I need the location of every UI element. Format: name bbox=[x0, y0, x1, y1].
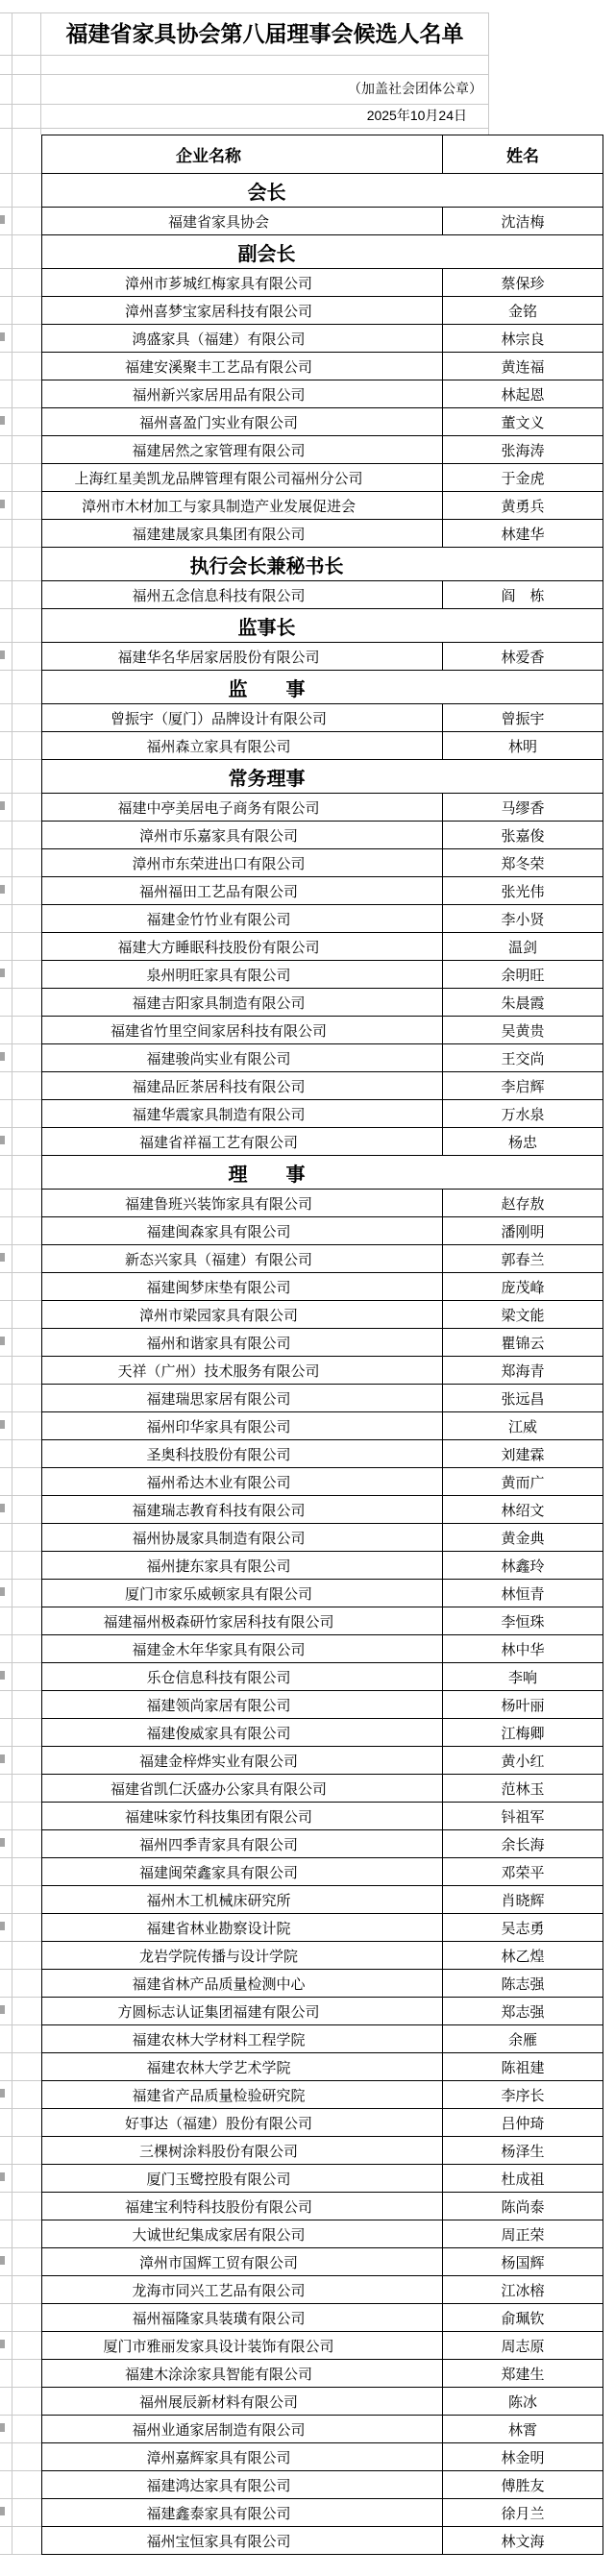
name-cell: 林乙煌 bbox=[443, 1942, 603, 1970]
company-cell: 福建省竹里空间家居科技有限公司 bbox=[42, 1017, 443, 1044]
gridline bbox=[0, 1718, 41, 1719]
gridline bbox=[0, 2052, 41, 2053]
gridline bbox=[0, 1746, 41, 1747]
section-title: 常务理事 bbox=[42, 760, 603, 794]
left-edge-artifact bbox=[0, 500, 5, 508]
gridline bbox=[0, 1941, 41, 1942]
roster-row: 福建农林大学艺术学院陈祖建 bbox=[42, 2053, 603, 2081]
roster-row: 厦门玉鹭控股有限公司杜成祖 bbox=[42, 2165, 603, 2193]
company-cell: 福建领尚家居有限公司 bbox=[42, 1691, 443, 1719]
company-cell: 福建吉阳家具制造有限公司 bbox=[42, 989, 443, 1017]
spreadsheet-canvas: 福建省家具协会第八届理事会候选人名单 （加盖社会团体公章） 2025年10月24… bbox=[0, 0, 615, 2576]
roster-row: 福建吉阳家具制造有限公司朱晨霞 bbox=[42, 989, 603, 1017]
section-row: 副会长 bbox=[42, 235, 603, 269]
left-edge-artifact bbox=[0, 2005, 5, 2014]
company-cell: 龙海市同兴工艺品有限公司 bbox=[42, 2276, 443, 2304]
roster-row: 福建省凯仁沃盛办公家具有限公司范林玉 bbox=[42, 1775, 603, 1803]
gridline bbox=[0, 2192, 41, 2193]
company-cell: 福州印华家具有限公司 bbox=[42, 1412, 443, 1440]
roster-row: 福州福隆家具装璜有限公司俞珮钦 bbox=[42, 2304, 603, 2332]
gridline bbox=[0, 1043, 41, 1044]
company-cell: 福建大方睡眠科技股份有限公司 bbox=[42, 933, 443, 961]
gridline bbox=[0, 1439, 41, 1440]
roster-row: 厦门市雅丽发家具设计装饰有限公司周志原 bbox=[42, 2332, 603, 2360]
company-cell: 福州喜盈门实业有限公司 bbox=[42, 408, 443, 436]
name-cell: 杨忠 bbox=[443, 1128, 603, 1156]
roster-row: 福建闽荣鑫家具有限公司邓荣平 bbox=[42, 1858, 603, 1886]
roster-row: 福建大方睡眠科技股份有限公司温剑 bbox=[42, 933, 603, 961]
gridline bbox=[0, 380, 41, 380]
gridline bbox=[0, 2387, 41, 2388]
gridline bbox=[0, 1216, 41, 1217]
company-cell: 福建闽梦床垫有限公司 bbox=[42, 1273, 443, 1301]
name-cell: 杨国辉 bbox=[443, 2248, 603, 2276]
company-cell: 福州新兴家居用品有限公司 bbox=[42, 380, 443, 408]
name-cell: 徐月兰 bbox=[443, 2499, 603, 2527]
name-cell: 黄勇兵 bbox=[443, 492, 603, 520]
gridline bbox=[12, 12, 12, 2555]
company-cell: 大诚世纪集成家居有限公司 bbox=[42, 2220, 443, 2248]
section-title: 副会长 bbox=[42, 235, 603, 269]
gridline bbox=[0, 848, 41, 849]
company-cell: 好事达（福建）股份有限公司 bbox=[42, 2109, 443, 2137]
gridline bbox=[0, 2108, 41, 2109]
gridline bbox=[0, 960, 41, 961]
gridline bbox=[0, 759, 41, 760]
name-cell: 李序长 bbox=[443, 2081, 603, 2109]
company-cell: 泉州明旺家具有限公司 bbox=[42, 961, 443, 989]
roster-row: 漳州市梁园家具有限公司梁文能 bbox=[42, 1301, 603, 1329]
company-cell: 福建味家竹科技集团有限公司 bbox=[42, 1803, 443, 1830]
name-cell: 温剑 bbox=[443, 933, 603, 961]
roster-body: 会长福建省家具协会沈洁梅副会长漳州市芗城红梅家具有限公司蔡保珍漳州喜梦宝家居科技… bbox=[42, 174, 603, 2555]
roster-row: 漳州嘉辉家具有限公司林金明 bbox=[42, 2443, 603, 2471]
gridline bbox=[0, 904, 41, 905]
roster-row: 福建木涂涂家具智能有限公司郑建生 bbox=[42, 2360, 603, 2388]
roster-row: 福建鲁班兴装饰家具有限公司赵存敖 bbox=[42, 1190, 603, 1217]
gridline bbox=[0, 2442, 41, 2443]
gridline bbox=[0, 1411, 41, 1412]
gridline bbox=[0, 2359, 41, 2360]
left-edge-artifact bbox=[0, 215, 5, 224]
gridline bbox=[0, 1634, 41, 1635]
gridline bbox=[0, 1272, 41, 1273]
left-edge-artifact bbox=[0, 1253, 5, 1262]
roster-row: 天祥（广州）技术服务有限公司郑海青 bbox=[42, 1357, 603, 1385]
left-edge-artifact bbox=[0, 1587, 5, 1596]
name-cell: 林宗良 bbox=[443, 325, 603, 353]
company-cell: 福建省产品质量检验研究院 bbox=[42, 2081, 443, 2109]
roster-row: 新态兴家具（福建）有限公司郭春兰 bbox=[42, 1245, 603, 1273]
company-cell: 福建宝利特科技股份有限公司 bbox=[42, 2193, 443, 2220]
company-cell: 乐仓信息科技有限公司 bbox=[42, 1663, 443, 1691]
name-cell: 赵存敖 bbox=[443, 1190, 603, 1217]
left-edge-artifact bbox=[0, 2172, 5, 2181]
gridline bbox=[0, 580, 41, 581]
name-cell: 邓荣平 bbox=[443, 1858, 603, 1886]
name-cell: 林中华 bbox=[443, 1635, 603, 1663]
section-row: 常务理事 bbox=[42, 760, 603, 794]
left-edge-artifact bbox=[0, 969, 5, 977]
name-cell: 金铭 bbox=[443, 297, 603, 325]
gridline bbox=[0, 1551, 41, 1552]
gridline bbox=[0, 1099, 41, 1100]
gridline bbox=[0, 2331, 41, 2332]
company-cell: 福建品匠茶居科技有限公司 bbox=[42, 1072, 443, 1100]
gridline bbox=[0, 1356, 41, 1357]
gridline bbox=[0, 1802, 41, 1803]
name-cell: 林起恩 bbox=[443, 380, 603, 408]
company-cell: 福建瑞志教育科技有限公司 bbox=[42, 1496, 443, 1524]
company-cell: 鸿盛家具（福建）有限公司 bbox=[42, 325, 443, 353]
name-cell: 陈志强 bbox=[443, 1970, 603, 1998]
company-cell: 福州捷东家具有限公司 bbox=[42, 1552, 443, 1580]
left-edge-artifact bbox=[0, 1052, 5, 1061]
company-cell: 福州森立家具有限公司 bbox=[42, 732, 443, 760]
name-cell: 张海涛 bbox=[443, 436, 603, 464]
name-cell: 江梅卿 bbox=[443, 1719, 603, 1747]
name-cell: 林恒青 bbox=[443, 1580, 603, 1607]
gridline bbox=[0, 1607, 41, 1607]
gridline bbox=[0, 793, 41, 794]
company-cell: 漳州喜梦宝家居科技有限公司 bbox=[42, 297, 443, 325]
gridline bbox=[0, 2526, 41, 2527]
company-cell: 福州业通家居制造有限公司 bbox=[42, 2416, 443, 2443]
page-title: 福建省家具协会第八届理事会候选人名单 bbox=[41, 12, 488, 55]
company-cell: 漳州市东荣进出口有限公司 bbox=[42, 849, 443, 877]
roster-row: 福州业通家居制造有限公司林霄 bbox=[42, 2416, 603, 2443]
gridline bbox=[0, 55, 488, 56]
left-edge-artifact bbox=[0, 416, 5, 425]
gridline bbox=[0, 1300, 41, 1301]
name-cell: 郭春兰 bbox=[443, 1245, 603, 1273]
left-edge-artifact bbox=[0, 650, 5, 659]
roster-row: 福州宝恒家具有限公司林文海 bbox=[42, 2527, 603, 2555]
roster-row: 大诚世纪集成家居有限公司周正荣 bbox=[42, 2220, 603, 2248]
company-cell: 福建闽荣鑫家具有限公司 bbox=[42, 1858, 443, 1886]
left-edge-artifact bbox=[0, 1838, 5, 1847]
company-cell: 方圆标志认证集团福建有限公司 bbox=[42, 1998, 443, 2025]
gridline bbox=[0, 2303, 41, 2304]
left-edge-artifact bbox=[0, 801, 5, 810]
roster-row: 好事达（福建）股份有限公司吕仲琦 bbox=[42, 2109, 603, 2137]
left-edge-artifact bbox=[0, 1136, 5, 1144]
gridline bbox=[0, 1155, 41, 1156]
roster-row: 福建省产品质量检验研究院李序长 bbox=[42, 2081, 603, 2109]
company-cell: 福州和谐家具有限公司 bbox=[42, 1329, 443, 1357]
gridline bbox=[0, 1523, 41, 1524]
company-cell: 福建金竹竹业有限公司 bbox=[42, 905, 443, 933]
gridline bbox=[0, 435, 41, 436]
gridline bbox=[0, 1467, 41, 1468]
name-cell: 林鑫玲 bbox=[443, 1552, 603, 1580]
roster-row: 福建福州极森研竹家居科技有限公司李恒珠 bbox=[42, 1607, 603, 1635]
gridline bbox=[488, 12, 489, 135]
name-cell: 潘刚明 bbox=[443, 1217, 603, 1245]
name-cell: 万水泉 bbox=[443, 1100, 603, 1128]
name-cell: 俞珮钦 bbox=[443, 2304, 603, 2332]
table-header-row: 企业名称 姓名 bbox=[42, 135, 603, 174]
roster-row: 福州展辰新材料有限公司陈冰 bbox=[42, 2388, 603, 2416]
left-edge-artifact bbox=[0, 1420, 5, 1429]
name-cell: 李小贤 bbox=[443, 905, 603, 933]
roster-row: 福建省祥福工艺有限公司杨忠 bbox=[42, 1128, 603, 1156]
company-cell: 福建农林大学材料工程学院 bbox=[42, 2025, 443, 2053]
roster-row: 泉州明旺家具有限公司余明旺 bbox=[42, 961, 603, 989]
gridline bbox=[0, 1127, 41, 1128]
section-row: 监 事 bbox=[42, 671, 603, 704]
name-cell: 范林玉 bbox=[443, 1775, 603, 1803]
roster-row: 漳州市乐嘉家具有限公司张嘉俊 bbox=[42, 822, 603, 849]
gridline bbox=[0, 2498, 41, 2499]
section-row: 执行会长兼秘书长 bbox=[42, 548, 603, 581]
name-cell: 杨泽生 bbox=[443, 2137, 603, 2165]
company-cell: 福建农林大学艺术学院 bbox=[42, 2053, 443, 2081]
name-cell: 瞿锦云 bbox=[443, 1329, 603, 1357]
name-cell: 陈冰 bbox=[443, 2388, 603, 2416]
gridline bbox=[0, 207, 41, 208]
gridline bbox=[0, 2247, 41, 2248]
roster-row: 福建领尚家居有限公司杨叶丽 bbox=[42, 1691, 603, 1719]
roster-row: 福州和谐家具有限公司瞿锦云 bbox=[42, 1329, 603, 1357]
name-cell: 杨叶丽 bbox=[443, 1691, 603, 1719]
roster-row: 福州印华家具有限公司江威 bbox=[42, 1412, 603, 1440]
left-edge-artifact bbox=[0, 1754, 5, 1763]
roster-row: 福建味家竹科技集团有限公司钭祖军 bbox=[42, 1803, 603, 1830]
company-cell: 福建省家具协会 bbox=[42, 208, 443, 235]
company-cell: 福建鸿达家具有限公司 bbox=[42, 2471, 443, 2499]
company-cell: 福建中亭美居电子商务有限公司 bbox=[42, 794, 443, 822]
company-cell: 福建省林业勘察设计院 bbox=[42, 1914, 443, 1942]
name-cell: 林建华 bbox=[443, 520, 603, 548]
roster-row: 福建金梓烨实业有限公司黄小红 bbox=[42, 1747, 603, 1775]
name-cell: 蔡保珍 bbox=[443, 269, 603, 297]
name-cell: 吴志勇 bbox=[443, 1914, 603, 1942]
roster-row: 福建鑫泰家具有限公司徐月兰 bbox=[42, 2499, 603, 2527]
left-edge-artifact bbox=[0, 2507, 5, 2515]
gridline bbox=[0, 407, 41, 408]
company-cell: 福州木工机械床研究所 bbox=[42, 1886, 443, 1914]
name-cell: 张光伟 bbox=[443, 877, 603, 905]
gridline bbox=[0, 547, 41, 548]
gridline bbox=[0, 1690, 41, 1691]
left-edge-artifact bbox=[0, 1504, 5, 1512]
left-edge-artifact bbox=[0, 2423, 5, 2432]
gridline bbox=[0, 234, 41, 235]
gridline bbox=[0, 876, 41, 877]
gridline bbox=[0, 491, 41, 492]
gridline bbox=[0, 1913, 41, 1914]
name-cell: 李启辉 bbox=[443, 1072, 603, 1100]
company-cell: 漳州市梁园家具有限公司 bbox=[42, 1301, 443, 1329]
gridline bbox=[0, 2136, 41, 2137]
gridline bbox=[0, 642, 41, 643]
gridline bbox=[0, 173, 41, 174]
name-cell: 黄连福 bbox=[443, 353, 603, 380]
section-title: 理 事 bbox=[42, 1156, 603, 1190]
left-edge-artifact bbox=[0, 332, 5, 341]
company-cell: 福建建晟家具集团有限公司 bbox=[42, 520, 443, 548]
gridline bbox=[0, 296, 41, 297]
name-cell: 肖晓辉 bbox=[443, 1886, 603, 1914]
roster-row: 福建华震家具制造有限公司万水泉 bbox=[42, 1100, 603, 1128]
gridline bbox=[0, 1328, 41, 1329]
roster-row: 福建省林产品质量检测中心陈志强 bbox=[42, 1970, 603, 1998]
name-cell: 李响 bbox=[443, 1663, 603, 1691]
name-cell: 庞茂峰 bbox=[443, 1273, 603, 1301]
roster-row: 福建闽森家具有限公司潘刚明 bbox=[42, 1217, 603, 1245]
company-cell: 福建省祥福工艺有限公司 bbox=[42, 1128, 443, 1156]
left-edge-artifact bbox=[0, 2256, 5, 2265]
name-cell: 周志原 bbox=[443, 2332, 603, 2360]
roster-row: 福州协晟家具制造有限公司黄金典 bbox=[42, 1524, 603, 1552]
roster-row: 福建省林业勘察设计院吴志勇 bbox=[42, 1914, 603, 1942]
gridline bbox=[0, 932, 41, 933]
name-cell: 陈祖建 bbox=[443, 2053, 603, 2081]
gridline bbox=[0, 988, 41, 989]
roster-table: 企业名称 姓名 会长福建省家具协会沈洁梅副会长漳州市芗城红梅家具有限公司蔡保珍漳… bbox=[41, 135, 603, 2555]
roster-row: 龙岩学院传播与设计学院林乙煌 bbox=[42, 1942, 603, 1970]
name-cell: 梁文能 bbox=[443, 1301, 603, 1329]
roster-row: 福州希达木业有限公司黄而广 bbox=[42, 1468, 603, 1496]
name-cell: 周正荣 bbox=[443, 2220, 603, 2248]
gridline bbox=[0, 1244, 41, 1245]
gridline bbox=[0, 268, 41, 269]
left-edge-artifact bbox=[0, 2089, 5, 2098]
name-cell: 林明 bbox=[443, 732, 603, 760]
gridline bbox=[0, 1857, 41, 1858]
section-row: 会长 bbox=[42, 174, 603, 208]
company-cell: 福州协晟家具制造有限公司 bbox=[42, 1524, 443, 1552]
roster-row: 福建瑞志教育科技有限公司林绍文 bbox=[42, 1496, 603, 1524]
company-cell: 福建木涂涂家具智能有限公司 bbox=[42, 2360, 443, 2388]
company-cell: 漳州市芗城红梅家具有限公司 bbox=[42, 269, 443, 297]
gridline bbox=[0, 703, 41, 704]
section-title: 监事长 bbox=[42, 609, 603, 643]
company-cell: 三棵树涂料股份有限公司 bbox=[42, 2137, 443, 2165]
gridline bbox=[0, 608, 41, 609]
gridline bbox=[0, 1071, 41, 1072]
gridline bbox=[0, 1579, 41, 1580]
company-cell: 福建华震家具制造有限公司 bbox=[42, 1100, 443, 1128]
section-title: 会长 bbox=[42, 174, 603, 208]
company-cell: 福州五念信息科技有限公司 bbox=[42, 581, 443, 609]
section-row: 监事长 bbox=[42, 609, 603, 643]
gridline bbox=[0, 128, 488, 129]
gridline bbox=[0, 2024, 41, 2025]
gridline bbox=[0, 463, 41, 464]
roster-row: 曾振宇（厦门）品牌设计有限公司曾振宇 bbox=[42, 704, 603, 732]
gridline bbox=[0, 670, 41, 671]
roster-row: 福建省家具协会沈洁梅 bbox=[42, 208, 603, 235]
gridline bbox=[0, 1997, 41, 1998]
company-cell: 福建居然之家管理有限公司 bbox=[42, 436, 443, 464]
gridline bbox=[0, 2164, 41, 2165]
left-edge-artifact bbox=[0, 1922, 5, 1930]
company-cell: 福州福田工艺品有限公司 bbox=[42, 877, 443, 905]
doc-date: 2025年10月24日 bbox=[12, 104, 488, 128]
company-cell: 福建俊威家具有限公司 bbox=[42, 1719, 443, 1747]
company-cell: 福建福州极森研竹家居科技有限公司 bbox=[42, 1607, 443, 1635]
name-cell: 李恒珠 bbox=[443, 1607, 603, 1635]
name-cell: 余长海 bbox=[443, 1830, 603, 1858]
name-cell: 郑建生 bbox=[443, 2360, 603, 2388]
roster-row: 福建闽梦床垫有限公司庞茂峰 bbox=[42, 1273, 603, 1301]
name-cell: 吕仲琦 bbox=[443, 2109, 603, 2137]
roster-row: 福州四季青家具有限公司余长海 bbox=[42, 1830, 603, 1858]
name-cell: 董文义 bbox=[443, 408, 603, 436]
name-cell: 阎 栋 bbox=[443, 581, 603, 609]
roster-row: 鸿盛家具（福建）有限公司林宗良 bbox=[42, 325, 603, 353]
company-cell: 福建省林产品质量检测中心 bbox=[42, 1970, 443, 1998]
gridline bbox=[0, 2554, 41, 2555]
roster-row: 福建农林大学材料工程学院余雁 bbox=[42, 2025, 603, 2053]
section-title: 执行会长兼秘书长 bbox=[42, 548, 603, 581]
company-cell: 圣奥科技股份有限公司 bbox=[42, 1440, 443, 1468]
section-title: 监 事 bbox=[42, 671, 603, 704]
gridline bbox=[0, 1384, 41, 1385]
roster-row: 漳州市木材加工与家具制造产业发展促进会黄勇兵 bbox=[42, 492, 603, 520]
name-cell: 张远昌 bbox=[443, 1385, 603, 1412]
name-cell: 刘建霖 bbox=[443, 1440, 603, 1468]
left-edge-artifact bbox=[0, 2340, 5, 2348]
company-cell: 新态兴家具（福建）有限公司 bbox=[42, 1245, 443, 1273]
gridline bbox=[0, 1495, 41, 1496]
company-cell: 厦门市雅丽发家具设计装饰有限公司 bbox=[42, 2332, 443, 2360]
gridline bbox=[0, 1829, 41, 1830]
roster-row: 圣奥科技股份有限公司刘建霖 bbox=[42, 1440, 603, 1468]
name-cell: 王交尚 bbox=[443, 1044, 603, 1072]
name-cell: 马缪香 bbox=[443, 794, 603, 822]
gridline bbox=[0, 1189, 41, 1190]
left-edge-artifact bbox=[0, 1337, 5, 1345]
left-edge-artifact bbox=[0, 885, 5, 894]
column-header-name: 姓名 bbox=[443, 135, 603, 174]
company-cell: 福建鑫泰家具有限公司 bbox=[42, 2499, 443, 2527]
roster-row: 乐仓信息科技有限公司李响 bbox=[42, 1663, 603, 1691]
name-cell: 陈尚泰 bbox=[443, 2193, 603, 2220]
name-cell: 郑志强 bbox=[443, 1998, 603, 2025]
gridline bbox=[0, 821, 41, 822]
roster-row: 厦门市家乐威顿家具有限公司林恒青 bbox=[42, 1580, 603, 1607]
gridline bbox=[0, 2470, 41, 2471]
gridline bbox=[0, 731, 41, 732]
left-edge-artifact bbox=[0, 1671, 5, 1680]
company-cell: 福建金木年华家具有限公司 bbox=[42, 1635, 443, 1663]
name-cell: 江威 bbox=[443, 1412, 603, 1440]
roster-row: 三棵树涂料股份有限公司杨泽生 bbox=[42, 2137, 603, 2165]
company-cell: 福州宝恒家具有限公司 bbox=[42, 2527, 443, 2555]
gridline bbox=[0, 519, 41, 520]
company-cell: 曾振宇（厦门）品牌设计有限公司 bbox=[42, 704, 443, 732]
gridline bbox=[0, 2275, 41, 2276]
roster-row: 福建居然之家管理有限公司张海涛 bbox=[42, 436, 603, 464]
name-cell: 郑海青 bbox=[443, 1357, 603, 1385]
company-cell: 福建骏尚实业有限公司 bbox=[42, 1044, 443, 1072]
roster-row: 龙海市同兴工艺品有限公司江冰榕 bbox=[42, 2276, 603, 2304]
company-cell: 厦门市家乐威顿家具有限公司 bbox=[42, 1580, 443, 1607]
roster-row: 漳州市国辉工贸有限公司杨国辉 bbox=[42, 2248, 603, 2276]
company-cell: 福建省凯仁沃盛办公家具有限公司 bbox=[42, 1775, 443, 1803]
gridline bbox=[0, 1774, 41, 1775]
stamp-note: （加盖社会团体公章） bbox=[12, 74, 488, 104]
roster-row: 漳州市芗城红梅家具有限公司蔡保珍 bbox=[42, 269, 603, 297]
name-cell: 林爱香 bbox=[443, 643, 603, 671]
name-cell: 江冰榕 bbox=[443, 2276, 603, 2304]
company-cell: 龙岩学院传播与设计学院 bbox=[42, 1942, 443, 1970]
roster-row: 福州捷东家具有限公司林鑫玲 bbox=[42, 1552, 603, 1580]
roster-row: 福建品匠茶居科技有限公司李启辉 bbox=[42, 1072, 603, 1100]
